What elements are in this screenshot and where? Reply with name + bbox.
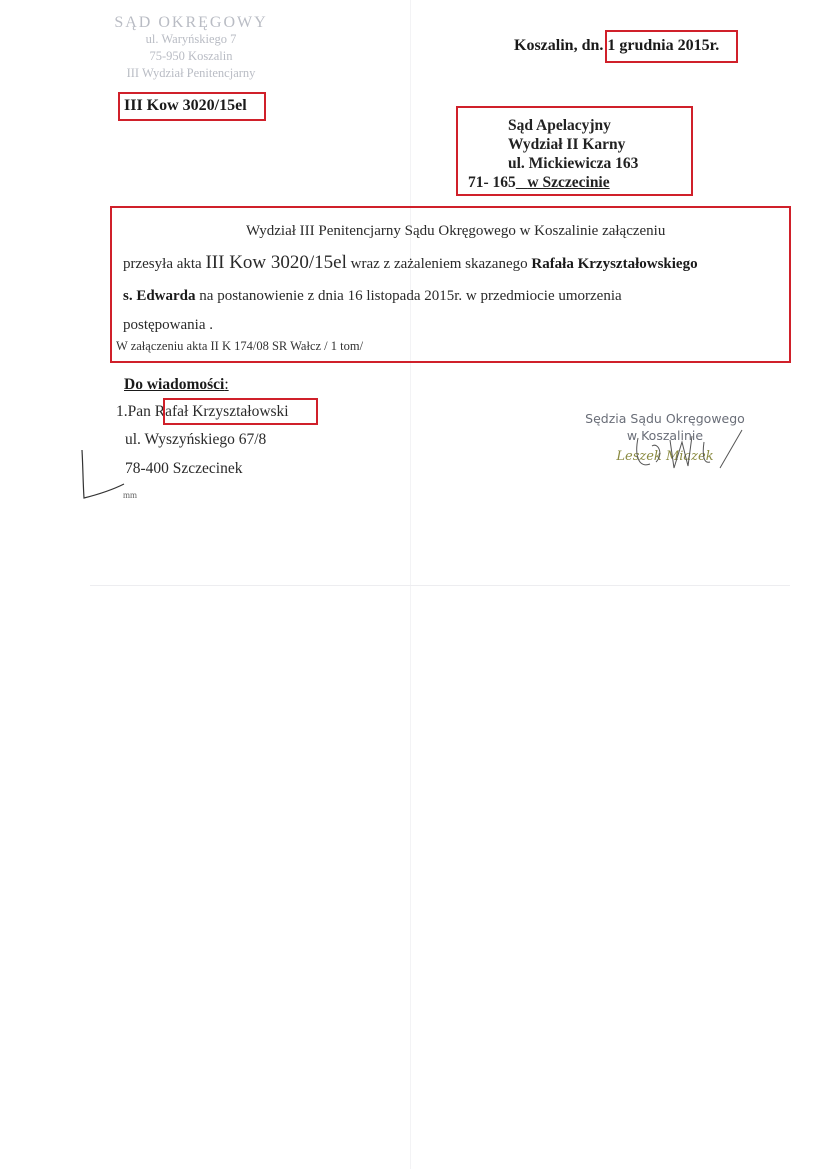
recipient-court: Sąd Apelacyjny <box>468 116 638 135</box>
recipient-address: Sąd Apelacyjny Wydział II Karny ul. Mick… <box>468 116 638 192</box>
cc-name-highlight <box>163 398 318 425</box>
stamp-title: SĄD OKRĘGOWY <box>96 14 286 31</box>
recipient-city: w Szczecinie <box>516 174 610 191</box>
cc-colon: : <box>224 376 228 393</box>
cc-city: 78-400 Szczecinek <box>125 460 243 478</box>
scan-artifact <box>90 585 790 586</box>
date-prefix: Koszalin, dn. <box>514 37 603 54</box>
body-line-1: Wydział III Penitencjarny Sądu Okręgoweg… <box>123 215 773 247</box>
body-case-reference: III Kow 3020/15el <box>205 252 346 273</box>
body-line-4: postępowania . <box>123 312 773 338</box>
stamp-city: 75-950 Koszalin <box>96 48 286 65</box>
cc-street: ul. Wyszyńskiego 67/8 <box>125 431 266 449</box>
recipient-postal: 71- 165 <box>468 174 516 191</box>
handwritten-signature-icon <box>630 428 750 476</box>
date-highlight <box>605 30 738 63</box>
body-line-2: przesyła akta III Kow 3020/15el wraz z z… <box>123 247 773 280</box>
recipient-department: Wydział II Karny <box>468 135 638 154</box>
stamp-street: ul. Waryńskiego 7 <box>96 31 286 48</box>
court-stamp: SĄD OKRĘGOWY ul. Waryńskiego 7 75-950 Ko… <box>96 14 286 82</box>
body-line-3: s. Edwarda na postanowienie z dnia 16 li… <box>123 280 773 312</box>
case-reference: III Kow 3020/15el <box>124 97 247 115</box>
cc-heading: Do wiadomości: <box>124 376 229 394</box>
letter-body: Wydział III Penitencjarny Sądu Okręgoweg… <box>123 215 773 338</box>
stamp-department: III Wydział Penitencjarny <box>96 65 286 82</box>
attachment-note: W załączeniu akta II K 174/08 SR Wałcz /… <box>116 339 363 354</box>
convict-name: Rafała Krzyształowskiego <box>531 256 697 272</box>
convict-father-name: s. Edwarda <box>123 288 196 304</box>
body-text: na postanowienie z dnia 16 listopada 201… <box>199 288 621 304</box>
judge-title: Sędzia Sądu Okręgowego <box>565 410 765 427</box>
recipient-street: ul. Mickiewicza 163 <box>468 154 638 173</box>
handwritten-mark-icon <box>78 448 128 503</box>
clerk-initials: mm <box>123 490 137 500</box>
cc-heading-text: Do wiadomości <box>124 376 224 393</box>
body-text: wraz z zażaleniem skazanego <box>351 256 528 272</box>
body-text: przesyła akta <box>123 256 202 272</box>
recipient-city-text: w Szczecinie <box>527 174 609 191</box>
cc-prefix: 1.Pan <box>116 403 151 420</box>
